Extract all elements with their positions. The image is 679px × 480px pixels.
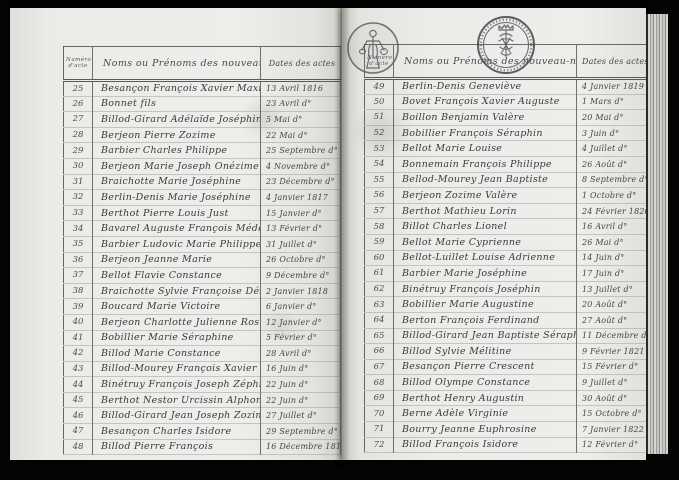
- entry-number: 66: [365, 344, 394, 360]
- entry-date: 13 Février d°: [261, 221, 341, 237]
- entry-name: Braichotte Sylvie Françoise Désirée: [93, 283, 261, 299]
- entry-name: Binétruy François Joseph Zéphirin: [93, 377, 261, 393]
- entry-number: 48: [64, 439, 93, 455]
- entry-name: Bobillier Marie Séraphine: [93, 330, 261, 346]
- register-row: 70 Berne Adèle Virginie 15 Octobre d°: [365, 406, 647, 422]
- register-row: 64 Berton François Ferdinand 27 Août d°: [365, 312, 647, 328]
- crown-seal-stamp: [475, 14, 537, 76]
- header-row: Numéro d'acte Noms ou Prénoms des nouvea…: [64, 47, 341, 81]
- entry-date: 15 Janvier d°: [261, 205, 341, 221]
- entry-date: 13 Avril 1816: [261, 81, 341, 97]
- column-header-dates: Dates des actes: [261, 47, 341, 81]
- entry-number: 28: [64, 127, 93, 143]
- column-header-names: Noms ou Prénoms des nouveau-nés: [93, 47, 261, 81]
- register-row: 59 Bellot Marie Cyprienne 26 Mai d°: [365, 234, 647, 250]
- entry-name: Billod-Girard Jean Baptiste Séraphin: [394, 328, 577, 344]
- entry-number: 49: [365, 79, 394, 95]
- entry-name: Billod-Girard Jean Joseph Zozime: [93, 408, 261, 424]
- entry-name: Berjeon Marie Joseph Onézime: [93, 158, 261, 174]
- entry-number: 34: [64, 221, 93, 237]
- entry-number: 45: [64, 392, 93, 408]
- register-row: 61 Barbier Marie Joséphine 17 Juin d°: [365, 266, 647, 282]
- entry-date: 15 Février d°: [577, 359, 647, 375]
- entry-name: Berlin-Denis Geneviève: [394, 79, 577, 95]
- entry-number: 54: [365, 156, 394, 172]
- entry-name: Besançon François Xavier Maximien: [93, 81, 261, 97]
- entry-number: 69: [365, 390, 394, 406]
- entry-name: Barbier Ludovic Marie Philippe Alphonse: [93, 236, 261, 252]
- entry-date: 31 Juillet d°: [261, 236, 341, 252]
- entry-date: 13 Juillet d°: [577, 281, 647, 297]
- entry-date: 26 Mai d°: [577, 234, 647, 250]
- left-page: Numéro d'acte Noms ou Prénoms des nouvea…: [10, 8, 342, 460]
- entry-name: Billod-Girard Adélaïde Joséphine: [93, 112, 261, 128]
- entry-date: 23 Décembre d°: [261, 174, 341, 190]
- register-row: 34 Bavarel Auguste François Médéric 13 F…: [64, 221, 341, 237]
- figure-seal-stamp: [346, 20, 400, 76]
- entry-number: 51: [365, 110, 394, 126]
- entry-number: 44: [64, 377, 93, 393]
- entry-name: Berjeon Charlotte Julienne Rosine: [93, 314, 261, 330]
- entry-date: 5 Mai d°: [261, 112, 341, 128]
- entry-date: 16 Décembre 1818: [261, 439, 341, 455]
- entry-name: Braichotte Marie Joséphine: [93, 174, 261, 190]
- register-row: 31 Braichotte Marie Joséphine 23 Décembr…: [64, 174, 341, 190]
- entry-date: 22 Juin d°: [261, 392, 341, 408]
- register-row: 42 Billod Marie Constance 28 Avril d°: [64, 346, 341, 362]
- entry-number: 67: [365, 359, 394, 375]
- register-row: 26 Bonnet fils 23 Avril d°: [64, 96, 341, 112]
- register-row: 66 Billod Sylvie Mélitine 9 Février 1821: [365, 344, 647, 360]
- entry-name: Besançon Pierre Crescent: [394, 359, 577, 375]
- register-row: 43 Billod-Mourey François Xavier 16 Juin…: [64, 361, 341, 377]
- entry-number: 57: [365, 203, 394, 219]
- entry-number: 71: [365, 422, 394, 438]
- register-row: 29 Barbier Charles Philippe 25 Septembre…: [64, 143, 341, 159]
- register-row: 40 Berjeon Charlotte Julienne Rosine 12 …: [64, 314, 341, 330]
- register-row: 56 Berjeon Zozime Valère 1 Octobre d°: [365, 188, 647, 204]
- entry-number: 33: [64, 205, 93, 221]
- register-row: 44 Binétruy François Joseph Zéphirin 22 …: [64, 377, 341, 393]
- register-row: 35 Barbier Ludovic Marie Philippe Alphon…: [64, 236, 341, 252]
- entry-name: Berton François Ferdinand: [394, 312, 577, 328]
- entry-name: Besançon Charles Isidore: [93, 424, 261, 440]
- entry-name: Boillon Benjamin Valère: [394, 110, 577, 126]
- entry-date: 12 Février d°: [577, 437, 647, 453]
- entry-name: Bellot-Luillet Louise Adrienne: [394, 250, 577, 266]
- entry-name: Bovet François Xavier Auguste: [394, 94, 577, 110]
- entry-name: Billot Charles Lionel: [394, 219, 577, 235]
- entry-name: Bellod-Mourey Jean Baptiste: [394, 172, 577, 188]
- entry-date: 1 Mars d°: [577, 94, 647, 110]
- entry-date: 22 Juin d°: [261, 377, 341, 393]
- entry-date: 20 Mai d°: [577, 110, 647, 126]
- entry-date: 9 Février 1821: [577, 344, 647, 360]
- entry-name: Berthot Mathieu Lorin: [394, 203, 577, 219]
- entry-number: 35: [64, 236, 93, 252]
- entry-date: 27 Juillet d°: [261, 408, 341, 424]
- entry-date: 29 Septembre d°: [261, 424, 341, 440]
- entry-name: Berthot Nestor Urcissin Alphonse: [93, 392, 261, 408]
- register-table-left: Numéro d'acte Noms ou Prénoms des nouvea…: [63, 46, 341, 455]
- entry-name: Barbier Marie Joséphine: [394, 266, 577, 282]
- entry-number: 47: [64, 424, 93, 440]
- register-row: 55 Bellod-Mourey Jean Baptiste 8 Septemb…: [365, 172, 647, 188]
- register-row: 38 Braichotte Sylvie Françoise Désirée 2…: [64, 283, 341, 299]
- entry-name: Billod Marie Constance: [93, 346, 261, 362]
- entry-number: 72: [365, 437, 394, 453]
- register-row: 46 Billod-Girard Jean Joseph Zozime 27 J…: [64, 408, 341, 424]
- entry-date: 24 Février 1820: [577, 203, 647, 219]
- entry-date: 27 Août d°: [577, 312, 647, 328]
- register-row: 49 Berlin-Denis Geneviève 4 Janvier 1819: [365, 79, 647, 95]
- entry-number: 63: [365, 297, 394, 313]
- register-row: 39 Boucard Marie Victoire 6 Janvier d°: [64, 299, 341, 315]
- entry-name: Berlin-Denis Marie Joséphine: [93, 190, 261, 206]
- entry-number: 52: [365, 125, 394, 141]
- entry-name: Bellot Marie Louise: [394, 141, 577, 157]
- register-row: 65 Billod-Girard Jean Baptiste Séraphin …: [365, 328, 647, 344]
- entry-number: 53: [365, 141, 394, 157]
- entry-name: Berjeon Pierre Zozime: [93, 127, 261, 143]
- entry-date: 25 Septembre d°: [261, 143, 341, 159]
- entry-date: 3 Juin d°: [577, 125, 647, 141]
- entry-name: Billod Sylvie Mélitine: [394, 344, 577, 360]
- register-row: 58 Billot Charles Lionel 16 Avril d°: [365, 219, 647, 235]
- entry-number: 43: [64, 361, 93, 377]
- entry-name: Billod Pierre François: [93, 439, 261, 455]
- entry-name: Berjeon Jeanne Marie: [93, 252, 261, 268]
- entry-date: 26 Octobre d°: [261, 252, 341, 268]
- register-body-right: 49 Berlin-Denis Geneviève 4 Janvier 1819…: [365, 79, 647, 453]
- entry-number: 56: [365, 188, 394, 204]
- book-page-edges: [646, 14, 668, 454]
- entry-date: 9 Juillet d°: [577, 375, 647, 391]
- entry-date: 4 Janvier 1817: [261, 190, 341, 206]
- entry-number: 25: [64, 81, 93, 97]
- entry-number: 50: [365, 94, 394, 110]
- entry-date: 7 Janvier 1822: [577, 422, 647, 438]
- entry-name: Boucard Marie Victoire: [93, 299, 261, 315]
- register-row: 54 Bonnemain François Philippe 26 Août d…: [365, 156, 647, 172]
- entry-date: 20 Août d°: [577, 297, 647, 313]
- register-row: 72 Billod François Isidore 12 Février d°: [365, 437, 647, 453]
- entry-name: Bonnet fils: [93, 96, 261, 112]
- entry-number: 41: [64, 330, 93, 346]
- entry-number: 58: [365, 219, 394, 235]
- entry-name: Berjeon Zozime Valère: [394, 188, 577, 204]
- register-row: 41 Bobillier Marie Séraphine 5 Février d…: [64, 330, 341, 346]
- entry-date: 4 Novembre d°: [261, 158, 341, 174]
- entry-number: 32: [64, 190, 93, 206]
- entry-number: 46: [64, 408, 93, 424]
- entry-number: 65: [365, 328, 394, 344]
- entry-name: Bobillier Marie Augustine: [394, 297, 577, 313]
- entry-date: 30 Août d°: [577, 390, 647, 406]
- entry-date: 22 Mai d°: [261, 127, 341, 143]
- register-row: 37 Bellot Flavie Constance 9 Décembre d°: [64, 268, 341, 284]
- entry-number: 42: [64, 346, 93, 362]
- entry-name: Binétruy François Joséphin: [394, 281, 577, 297]
- column-header-dates: Dates des actes: [577, 45, 647, 79]
- register-row: 28 Berjeon Pierre Zozime 22 Mai d°: [64, 127, 341, 143]
- entry-name: Barbier Charles Philippe: [93, 143, 261, 159]
- entry-number: 36: [64, 252, 93, 268]
- entry-date: 16 Avril d°: [577, 219, 647, 235]
- entry-number: 30: [64, 158, 93, 174]
- entry-name: Billod Olympe Constance: [394, 375, 577, 391]
- register-row: 62 Binétruy François Joséphin 13 Juillet…: [365, 281, 647, 297]
- entry-number: 26: [64, 96, 93, 112]
- entry-name: Billod-Mourey François Xavier: [93, 361, 261, 377]
- entry-number: 40: [64, 314, 93, 330]
- entry-date: 11 Décembre d°: [577, 328, 647, 344]
- register-row: 69 Berthot Henry Augustin 30 Août d°: [365, 390, 647, 406]
- register-row: 36 Berjeon Jeanne Marie 26 Octobre d°: [64, 252, 341, 268]
- register-scan: Numéro d'acte Noms ou Prénoms des nouvea…: [0, 0, 679, 480]
- entry-number: 60: [365, 250, 394, 266]
- entry-number: 37: [64, 268, 93, 284]
- entry-date: 6 Janvier d°: [261, 299, 341, 315]
- entry-date: 5 Février d°: [261, 330, 341, 346]
- register-row: 63 Bobillier Marie Augustine 20 Août d°: [365, 297, 647, 313]
- entry-date: 17 Juin d°: [577, 266, 647, 282]
- register-row: 50 Bovet François Xavier Auguste 1 Mars …: [365, 94, 647, 110]
- entry-number: 29: [64, 143, 93, 159]
- entry-date: 2 Janvier 1818: [261, 283, 341, 299]
- column-header-number: Numéro d'acte: [64, 47, 93, 81]
- entry-number: 55: [365, 172, 394, 188]
- entry-number: 62: [365, 281, 394, 297]
- entry-name: Billod François Isidore: [394, 437, 577, 453]
- entry-name: Bourry Jeanne Euphrosine: [394, 422, 577, 438]
- register-row: 30 Berjeon Marie Joseph Onézime 4 Novemb…: [64, 158, 341, 174]
- entry-date: 14 Juin d°: [577, 250, 647, 266]
- register-row: 25 Besançon François Xavier Maximien 13 …: [64, 81, 341, 97]
- register-table-right: Numéro d'acte Noms ou Prénoms des nouvea…: [364, 44, 646, 453]
- entry-date: 4 Juillet d°: [577, 141, 647, 157]
- register-row: 33 Berthot Pierre Louis Just 15 Janvier …: [64, 205, 341, 221]
- register-row: 68 Billod Olympe Constance 9 Juillet d°: [365, 375, 647, 391]
- entry-name: Bobillier François Séraphin: [394, 125, 577, 141]
- entry-name: Berthot Henry Augustin: [394, 390, 577, 406]
- register-row: 67 Besançon Pierre Crescent 15 Février d…: [365, 359, 647, 375]
- entry-name: Bonnemain François Philippe: [394, 156, 577, 172]
- entry-number: 70: [365, 406, 394, 422]
- register-row: 71 Bourry Jeanne Euphrosine 7 Janvier 18…: [365, 422, 647, 438]
- entry-date: 28 Avril d°: [261, 346, 341, 362]
- entry-date: 12 Janvier d°: [261, 314, 341, 330]
- entry-name: Bellot Marie Cyprienne: [394, 234, 577, 250]
- entry-date: 26 Août d°: [577, 156, 647, 172]
- entry-name: Berthot Pierre Louis Just: [93, 205, 261, 221]
- entry-date: 15 Octobre d°: [577, 406, 647, 422]
- entry-number: 61: [365, 266, 394, 282]
- register-row: 48 Billod Pierre François 16 Décembre 18…: [64, 439, 341, 455]
- entry-number: 31: [64, 174, 93, 190]
- register-body-left: 25 Besançon François Xavier Maximien 13 …: [64, 81, 341, 455]
- entry-date: 23 Avril d°: [261, 96, 341, 112]
- entry-number: 59: [365, 234, 394, 250]
- register-row: 51 Boillon Benjamin Valère 20 Mai d°: [365, 110, 647, 126]
- entry-name: Bavarel Auguste François Médéric: [93, 221, 261, 237]
- register-row: 27 Billod-Girard Adélaïde Joséphine 5 Ma…: [64, 112, 341, 128]
- entry-number: 38: [64, 283, 93, 299]
- register-row: 57 Berthot Mathieu Lorin 24 Février 1820: [365, 203, 647, 219]
- entry-number: 68: [365, 375, 394, 391]
- register-row: 32 Berlin-Denis Marie Joséphine 4 Janvie…: [64, 190, 341, 206]
- entry-date: 8 Septembre d°: [577, 172, 647, 188]
- entry-date: 16 Juin d°: [261, 361, 341, 377]
- register-row: 52 Bobillier François Séraphin 3 Juin d°: [365, 125, 647, 141]
- right-page: Numéro d'acte Noms ou Prénoms des nouvea…: [342, 8, 646, 460]
- entry-name: Berne Adèle Virginie: [394, 406, 577, 422]
- register-row: 45 Berthot Nestor Urcissin Alphonse 22 J…: [64, 392, 341, 408]
- entry-number: 27: [64, 112, 93, 128]
- entry-number: 64: [365, 312, 394, 328]
- entry-date: 4 Janvier 1819: [577, 79, 647, 95]
- entry-date: 1 Octobre d°: [577, 188, 647, 204]
- register-row: 53 Bellot Marie Louise 4 Juillet d°: [365, 141, 647, 157]
- entry-number: 39: [64, 299, 93, 315]
- entry-name: Bellot Flavie Constance: [93, 268, 261, 284]
- entry-date: 9 Décembre d°: [261, 268, 341, 284]
- register-row: 47 Besançon Charles Isidore 29 Septembre…: [64, 424, 341, 440]
- register-row: 60 Bellot-Luillet Louise Adrienne 14 Jui…: [365, 250, 647, 266]
